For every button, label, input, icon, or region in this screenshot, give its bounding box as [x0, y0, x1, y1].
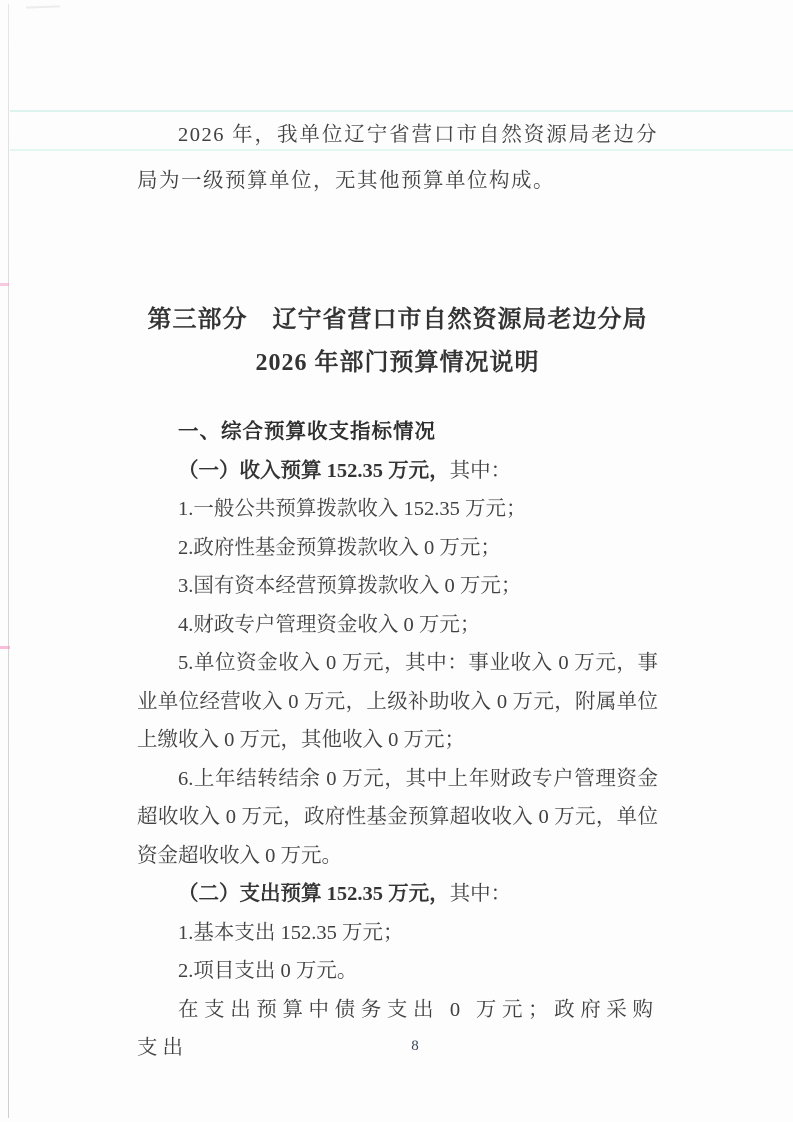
page-number: 8	[0, 1038, 793, 1055]
section-title-line1: 第三部分 辽宁省营口市自然资源局老边分局	[137, 299, 658, 342]
expense-lead-rest: 其中：	[450, 883, 512, 905]
main-content: 一、综合预算收支指标情况 （一）收入预算 152.35 万元，其中： 1.一般公…	[137, 413, 658, 1068]
income-item: 6.上年结转结余 0 万元，其中上年财政专户管理资金超收收入 0 万元，政府性基…	[137, 760, 658, 876]
expense-item: 1.基本支出 152.35 万元；	[137, 914, 658, 953]
expense-note: 在支出预算中债务支出 0 万元；政府采购支出	[137, 991, 658, 1068]
heading-overview: 一、综合预算收支指标情况	[137, 413, 658, 452]
income-lead: （一）收入预算 152.35 万元，其中：	[137, 452, 658, 491]
income-item: 1.一般公共预算拨款收入 152.35 万元；	[137, 490, 658, 529]
expense-lead-bold: （二）支出预算 152.35 万元，	[178, 883, 450, 905]
section-title-line2: 2026 年部门预算情况说明	[137, 342, 658, 385]
expense-item: 2.项目支出 0 万元。	[137, 952, 658, 991]
income-item: 4.财政专户管理资金收入 0 万元；	[137, 606, 658, 645]
income-lead-bold: （一）收入预算 152.35 万元，	[178, 460, 450, 482]
intro-paragraph: 2026 年，我单位辽宁省营口市自然资源局老边分局为一级预算单位，无其他预算单位…	[137, 112, 658, 204]
income-item: 2.政府性基金预算拨款收入 0 万元；	[137, 529, 658, 568]
scan-corner-mark	[26, 5, 60, 8]
income-item: 3.国有资本经营预算拨款收入 0 万元；	[137, 567, 658, 606]
section-title: 第三部分 辽宁省营口市自然资源局老边分局 2026 年部门预算情况说明	[137, 299, 658, 385]
expense-lead: （二）支出预算 152.35 万元，其中：	[137, 875, 658, 914]
scan-pink-mark	[0, 646, 10, 649]
income-item: 5.单位资金收入 0 万元，其中：事业收入 0 万元，事业单位经营收入 0 万元…	[137, 644, 658, 760]
document-page: 2026 年，我单位辽宁省营口市自然资源局老边分局为一级预算单位，无其他预算单位…	[0, 0, 793, 1122]
scan-edge-line	[8, 4, 9, 1118]
income-lead-rest: 其中：	[450, 460, 512, 482]
scan-pink-mark	[0, 283, 9, 286]
